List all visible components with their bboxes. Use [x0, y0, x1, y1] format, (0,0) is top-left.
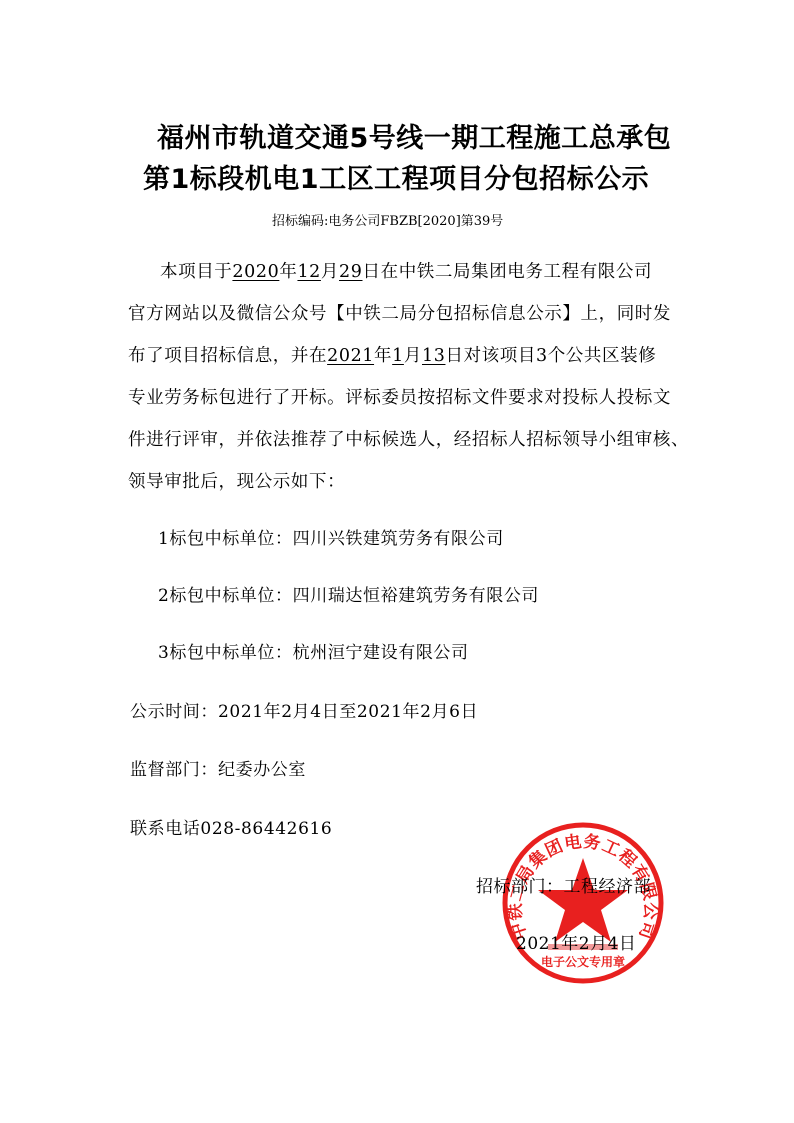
body-line-4: 专业劳务标包进行了开标。评标委员按招标文件要求对投标人投标文	[128, 384, 671, 409]
text-segment: 月	[321, 262, 339, 282]
body-line-5: 件进行评审，并依法推荐了中标候选人，经招标人招标领导小组审核、	[128, 426, 689, 451]
winner-label: 1标包中标单位：	[158, 529, 293, 549]
winner-item-2: 2标包中标单位：四川瑞达恒裕建筑劳务有限公司	[158, 581, 539, 606]
body-line-2: 官方网站以及微信公众号【中铁二局分包招标信息公示】上，同时发	[128, 300, 671, 325]
document-title-line1: 福州市轨道交通5号线一期工程施工总承包	[157, 116, 671, 155]
official-seal-icon: 中铁二局集团电务工程有限公司 电子公文专用章	[498, 820, 668, 986]
winner-company: 四川兴铁建筑劳务有限公司	[293, 529, 504, 549]
body-line-3: 布了项目招标信息，并在2021年1月13日对该项目3个公共区装修	[128, 342, 656, 367]
text-segment: 年	[279, 262, 297, 282]
body-line-1: 本项目于2020年12月29日在中铁二局集团电务工程有限公司	[160, 258, 652, 283]
seal-bottom-text: 电子公文专用章	[541, 954, 625, 969]
body-line-6: 领导审批后，现公示如下：	[128, 468, 345, 493]
date-day: 29	[339, 262, 362, 282]
date-year: 2021	[327, 346, 374, 366]
issue-date: 2021年2月4日	[516, 929, 636, 954]
announcement-period: 公示时间：2021年2月4日至2021年2月6日	[130, 697, 478, 722]
winner-label: 2标包中标单位：	[158, 586, 293, 606]
contact-phone: 联系电话028-86442616	[130, 814, 332, 839]
issuer-department: 招标部门：工程经济部	[476, 872, 651, 897]
date-month: 1	[392, 346, 404, 366]
winner-company: 杭州洹宁建设有限公司	[293, 643, 469, 663]
tender-code: 招标编码:电务公司FBZB[2020]第39号	[272, 210, 503, 229]
supervision-department: 监督部门：纪委办公室	[130, 755, 306, 780]
winner-item-3: 3标包中标单位：杭州洹宁建设有限公司	[158, 638, 469, 663]
text-segment: 月	[404, 346, 422, 366]
text-segment: 本项目于	[160, 262, 232, 282]
text-segment: 布了项目招标信息，并在	[128, 346, 327, 366]
document-title-line2: 第1标段机电1工区工程项目分包招标公示	[143, 157, 649, 196]
text-segment: 年	[374, 346, 392, 366]
date-month: 12	[297, 262, 320, 282]
text-segment: 日对该项目3个公共区装修	[445, 346, 656, 366]
winner-label: 3标包中标单位：	[158, 643, 293, 663]
winner-company: 四川瑞达恒裕建筑劳务有限公司	[293, 586, 539, 606]
date-day: 13	[422, 346, 445, 366]
date-year: 2020	[232, 262, 279, 282]
winner-item-1: 1标包中标单位：四川兴铁建筑劳务有限公司	[158, 524, 504, 549]
text-segment: 日在中铁二局集团电务工程有限公司	[363, 262, 653, 282]
